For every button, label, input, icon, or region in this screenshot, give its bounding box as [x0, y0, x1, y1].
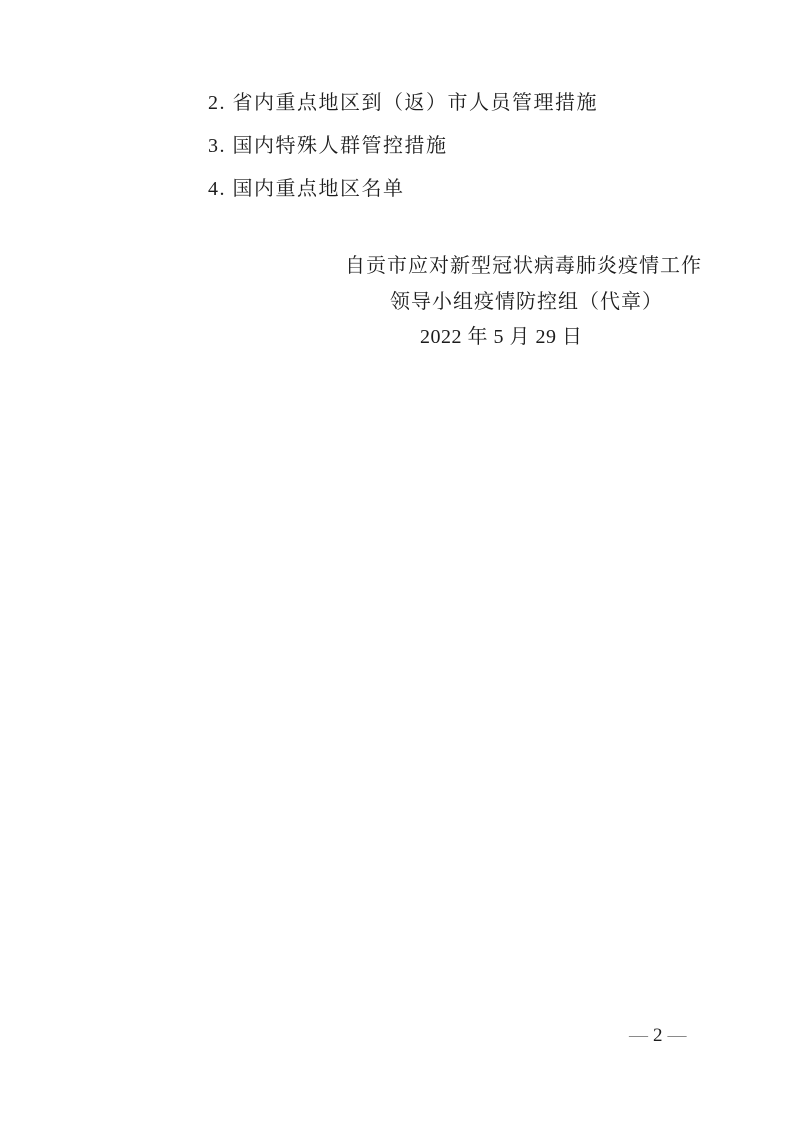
signature-date: 2022 年 5 月 29 日 [420, 324, 583, 350]
attachment-item-3: 3. 国内特殊人群管控措施 [208, 125, 598, 168]
attachment-list: 2. 省内重点地区到（返）市人员管理措施 3. 国内特殊人群管控措施 4. 国内… [208, 82, 598, 211]
signature-org-line-2: 领导小组疫情防控组（代章） [390, 289, 663, 315]
page-number: —2— [626, 1025, 690, 1047]
page-number-dash-right: — [665, 1025, 690, 1046]
page-number-value: 2 [651, 1025, 665, 1046]
attachment-item-4: 4. 国内重点地区名单 [208, 168, 598, 211]
attachment-item-2: 2. 省内重点地区到（返）市人员管理措施 [208, 82, 598, 125]
signature-org-line-1: 自贡市应对新型冠状病毒肺炎疫情工作 [345, 253, 702, 279]
page-number-dash-left: — [626, 1025, 651, 1046]
document-page: 2. 省内重点地区到（返）市人员管理措施 3. 国内特殊人群管控措施 4. 国内… [0, 0, 793, 1122]
